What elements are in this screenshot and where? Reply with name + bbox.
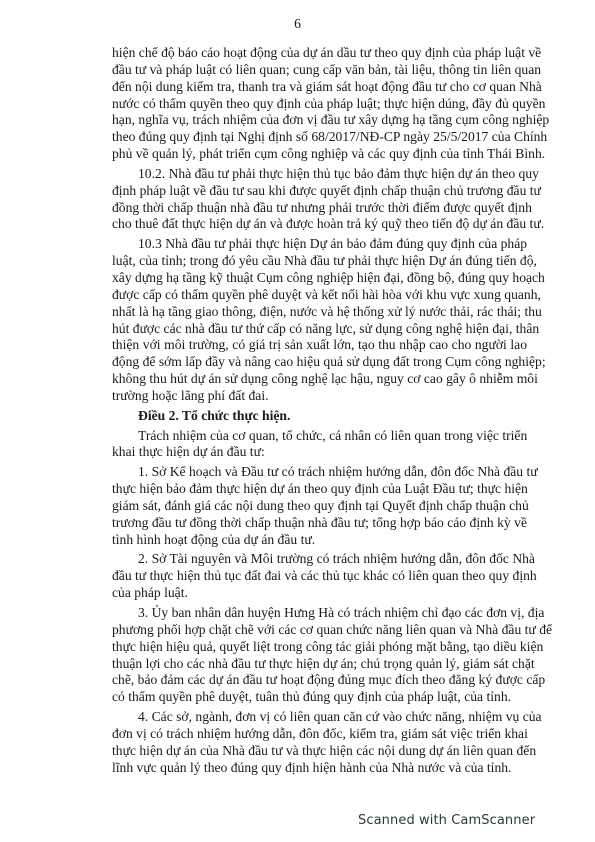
camscanner-watermark: Scanned with CamScanner (358, 813, 535, 828)
text-line: chẽ, bảo đảm các dự án đầu tư hoạt động … (112, 672, 527, 689)
text-line: cho thuê đất thực hiện dự án và được hoà… (112, 216, 527, 233)
text-line: lĩnh vực quản lý theo đúng quy định hiện… (112, 760, 527, 777)
text-line: 10.2. Nhà đầu tư phải thực hiện thủ tục … (112, 166, 527, 183)
text-line: định pháp luật về đầu tư sau khi được qu… (112, 183, 527, 200)
paragraph-item-4: 4. Các sở, ngành, đơn vị có liên quan că… (112, 709, 527, 776)
text-line: 10.3 Nhà đầu tư phải thực hiện Dự án bảo… (112, 236, 527, 253)
text-line: thực hiện bảo đảm thực hiện dự án theo q… (112, 481, 527, 498)
paragraph-10-2: 10.2. Nhà đầu tư phải thực hiện thủ tục … (112, 166, 527, 233)
paragraph-10-3: 10.3 Nhà đầu tư phải thực hiện Dự án bảo… (112, 236, 527, 404)
text-line: 3. Ủy ban nhân dân huyện Hưng Hà có trác… (112, 605, 527, 622)
body-text: hiện chế độ báo cáo hoạt động của dự án … (112, 45, 527, 776)
text-line: trường hoặc lãng phí đất đai. (112, 388, 527, 405)
paragraph-item-3: 3. Ủy ban nhân dân huyện Hưng Hà có trác… (112, 605, 527, 706)
page-number: 6 (0, 16, 595, 32)
text-line: đồng thời chấp thuận nhà đầu tư nhưng ph… (112, 200, 527, 217)
text-line: phương phối hợp chặt chẽ với các cơ quan… (112, 622, 527, 639)
text-line: thuận lợi cho các nhà đầu tư thực hiện d… (112, 656, 527, 673)
text-line: theo đúng quy định tại Nghị định số 68/2… (112, 129, 527, 146)
text-line: giám sát, đánh giá các nội dung theo quy… (112, 498, 527, 515)
text-line: 4. Các sở, ngành, đơn vị có liên quan că… (112, 709, 527, 726)
text-line: có thẩm quyền phê duyệt, tuân thủ đúng q… (112, 689, 527, 706)
text-line: đơn vị có trách nhiệm hướng dẫn, đôn đốc… (112, 726, 527, 743)
text-line: hạn, nghĩa vụ, trách nhiệm của đơn vị đầ… (112, 112, 527, 129)
text-line: thực hiện hiệu quả, quyết liệt trong côn… (112, 639, 527, 656)
text-line: tình hình hoạt động của dự án đầu tư. (112, 532, 527, 549)
text-line: hiện chế độ báo cáo hoạt động của dự án … (112, 45, 527, 62)
text-line: xây dựng hạ tầng kỹ thuật Cụm công nghiệ… (112, 270, 527, 287)
text-line: đến nội dung kiểm tra, thanh tra và giám… (112, 79, 527, 96)
text-line: không thu hút dự án sử dụng công nghệ lạ… (112, 371, 527, 388)
text-line: luật, của tỉnh; trong đó yêu cầu Nhà đầu… (112, 253, 527, 270)
text-line: khai thực hiện dự án đầu tư: (112, 444, 527, 461)
article-heading: Điều 2. Tổ chức thực hiện. (112, 408, 527, 425)
text-line: phủ về quản lý, phát triển cụm công nghi… (112, 146, 527, 163)
text-line: 2. Sở Tài nguyên và Môi trường có trách … (112, 551, 527, 568)
text-line: Trách nhiệm của cơ quan, tổ chức, cá nhâ… (112, 428, 527, 445)
text-line: trương đầu tư đồng thời chấp thuận nhà đ… (112, 515, 527, 532)
paragraph-item-2: 2. Sở Tài nguyên và Môi trường có trách … (112, 551, 527, 602)
text-line: nước có thẩm quyền theo quy định của phá… (112, 96, 527, 113)
text-line: động để sớm lấp đầy và nâng cao hiệu quả… (112, 354, 527, 371)
text-line: thiện với môi trường, có giá trị sản xuấ… (112, 337, 527, 354)
text-line: thực hiện dự án của Nhà đầu tư và thực h… (112, 743, 527, 760)
text-line: được cấp có thẩm quyền phê duyệt và kết … (112, 287, 527, 304)
text-line: đầu tư thực hiện thủ tục đất đai và các … (112, 568, 527, 585)
paragraph-intro: Trách nhiệm của cơ quan, tổ chức, cá nhâ… (112, 428, 527, 462)
text-line: của pháp luật. (112, 585, 527, 602)
text-line: nhất là hạ tầng giao thông, điện, nước v… (112, 304, 527, 321)
text-line: 1. Sở Kế hoạch và Đầu tư có trách nhiệm … (112, 464, 527, 481)
text-line: đầu tư và pháp luật có liên quan; cung c… (112, 62, 527, 79)
paragraph-item-1: 1. Sở Kế hoạch và Đầu tư có trách nhiệm … (112, 464, 527, 548)
text-line: hút được các nhà đầu tư thứ cấp có năng … (112, 321, 527, 338)
paragraph-continuation: hiện chế độ báo cáo hoạt động của dự án … (112, 45, 527, 163)
